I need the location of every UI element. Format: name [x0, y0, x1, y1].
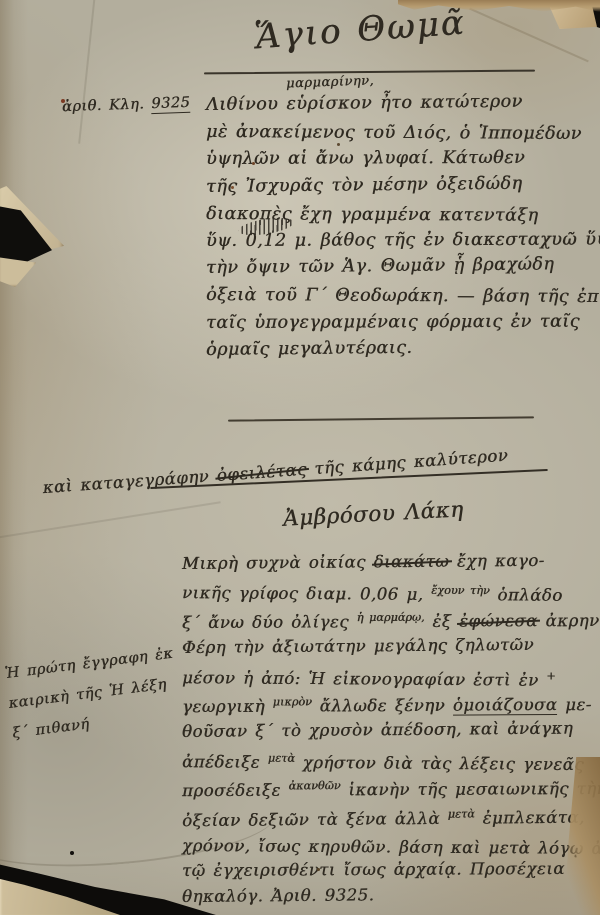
handwritten-line: Φέρη τὴν ἀξιωτάτην μεγάλης ζηλωτῶν: [182, 632, 570, 661]
handwritten-line: τὴν ὄψιν τῶν Ἁγ. Θωμᾶν ᾗ βραχώδη: [206, 252, 558, 283]
handwritten-line: ταῖς ὑπογεγραμμέναις φόρμαις ἐν ταῖς: [206, 308, 558, 336]
handwritten-line: ὀξείαν δεξιῶν τὰ ξένα ἀλλὰ μετὰ ἐμπλεκάτ…: [182, 800, 570, 833]
handwritten-line: θοῦσαν ξ΄ τὸ χρυσὸν ἀπέδοση, καὶ ἀνάγκη: [182, 716, 570, 745]
paragraph-2: Μικρὴ συχνὰ οἰκίας διακάτω ἔχη καγο-νικῆ…: [182, 551, 570, 909]
handwritten-line: ὁρμαῖς μεγαλυτέραις.: [206, 333, 558, 364]
manuscript-page: Ἅγιο Θωμᾶ μαρμαρίνην, ἀριθ. Κλη. 9325 Λι…: [0, 0, 600, 915]
handwritten-line: θηκαλόγ. Ἀριθ. 9325.: [182, 880, 570, 909]
margin-reference-number: 9325: [151, 95, 191, 114]
margin-reference-prefix: ἀριθ. Κλη.: [62, 96, 152, 115]
paper-speck: [70, 851, 74, 855]
paper-speck: [317, 868, 320, 871]
handwritten-line: μὲ ἀνακείμενος τοῦ Διός, ὁ Ἱππομέδων: [206, 119, 558, 148]
handwritten-line: τῆς Ἰσχυρᾶς τὸν μέσην ὀξειδώδη: [206, 170, 558, 201]
handwritten-line: γεωργικὴ μικρὸν ἄλλωδε ξένην ὁμοιάζουσα …: [182, 688, 570, 719]
struck-insertion-line: καὶ καταγεγράφην ὀφειλέτας τῆς κάμης καλ…: [42, 442, 562, 497]
section-divider-rule: [228, 416, 534, 421]
handwritten-line: Μικρὴ συχνὰ οἰκίας διακάτω ἔχη καγο-: [182, 548, 570, 577]
paper-speck: [337, 143, 340, 146]
handwritten-line: ὀξειὰ τοῦ Γ΄ Θεοδωράκη. — βάση τῆς ἐπι-: [206, 282, 558, 311]
paper-speck: [61, 99, 65, 103]
margin-reference: ἀριθ. Κλη. 9325: [62, 95, 191, 115]
handwritten-line: προσέδειξε ἀκανθῶν ἱκανὴν τῆς μεσαιωνικῆ…: [182, 772, 570, 803]
section-heading: Ἀμβρόσου Λάκη: [282, 497, 464, 531]
handwritten-line: Λιθίνου εὑρίσκον ἦτο κατώτερον: [206, 88, 558, 119]
inserted-word: μαρμαρίνην,: [286, 73, 375, 91]
paper-speck: [252, 162, 255, 165]
handwritten-line: τῷ ἐγχειρισθέντι ἴσως ἀρχαίᾳ. Προσέχεια: [182, 856, 570, 883]
paper-speck: [231, 186, 234, 189]
margin-note: Ἡ πρώτη ἔγγραφη ἐκκαιρικὴ τῆς Ἡ λέξηξ΄ π…: [3, 637, 193, 748]
paper-crease: [78, 0, 96, 144]
handwritten-line: ξ΄ ἄνω δύο ὀλίγες ἡ μαρμάρῳ, ἐξ ἐφώνεσα …: [182, 604, 570, 635]
paper-crease: [0, 501, 221, 541]
handwritten-line: ὑψηλῶν αἱ ἄνω γλυφαί. Κάτωθεν: [206, 145, 558, 173]
